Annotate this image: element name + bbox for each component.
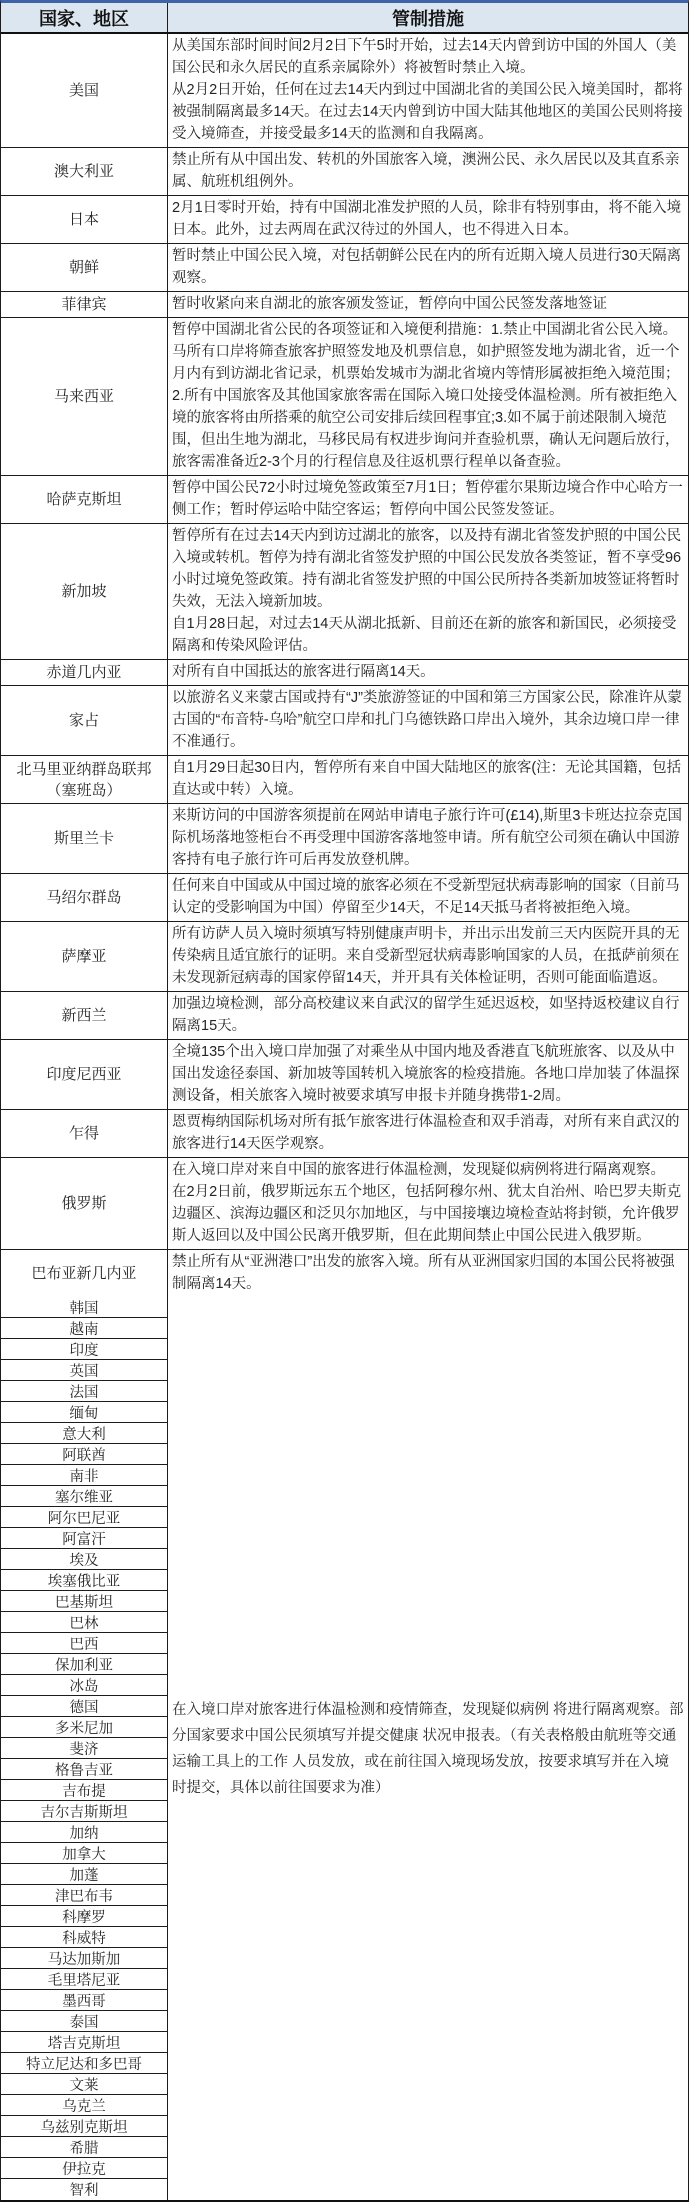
merged-country-cell: 越南 <box>1 1318 167 1339</box>
merged-country-cell: 塞尔维亚 <box>1 1486 167 1507</box>
merged-countries-list: 韩国越南印度英国法国缅甸意大利阿联酋南非塞尔维亚阿尔巴尼亚阿富汗埃及埃塞俄比亚巴… <box>1 1297 168 2200</box>
measure-cell: 以旅游名义来蒙古国或持有“J”类旅游签证的中国和第三方国家公民，除准许从蒙古国的… <box>168 686 688 755</box>
measure-cell: 所有访萨人员入境时须填写特别健康声明卡，并出示出发前三天内医院开具的无传染病且适… <box>168 922 688 991</box>
merged-country-cell: 泰国 <box>1 2011 167 2032</box>
merged-country-cell: 津巴布韦 <box>1 1885 167 1906</box>
merged-measure-cell: 在入境口岸对旅客进行体温检测和疫情筛查，发现疑似病例 将进行隔离观察。部分国家要… <box>168 1297 688 2200</box>
country-cell: 乍得 <box>1 1110 168 1157</box>
country-cell: 萨摩亚 <box>1 922 168 991</box>
measure-cell: 对所有自中国抵达的旅客进行隔离14天。 <box>168 660 688 685</box>
table-row: 新西兰加强边境检测，部分高校建议来自武汉的留学生延迟返校，如坚持返校建议自行隔离… <box>1 992 688 1040</box>
merged-country-cell: 巴基斯坦 <box>1 1591 167 1612</box>
measure-cell: 全境135个出入境口岸加强了对乘坐从中国内地及香港直飞航班旅客、以及从中国出发途… <box>168 1040 688 1109</box>
table-row: 北马里亚纳群岛联邦（塞班岛）自1月29日起30日内，暂停所有来自中国大陆地区的旅… <box>1 756 688 804</box>
table-row: 赤道几内亚对所有自中国抵达的旅客进行隔离14天。 <box>1 660 688 686</box>
merged-country-cell: 毛里塔尼亚 <box>1 1969 167 1990</box>
table-row: 马来西亚暂停中国湖北省公民的各项签证和入境便利措施：1.禁止中国湖北省公民入境。… <box>1 318 688 476</box>
merged-country-cell: 英国 <box>1 1360 167 1381</box>
measure-cell: 暂停中国公民72小时过境免签政策至7月1日；暂停霍尔果斯边境合作中心哈方一侧工作… <box>168 476 688 523</box>
merged-country-cell: 阿富汗 <box>1 1528 167 1549</box>
measure-cell: 暂时禁止中国公民入境，对包括朝鲜公民在内的所有近期入境人员进行30天隔离观察。 <box>168 244 688 291</box>
merged-country-cell: 冰岛 <box>1 1675 167 1696</box>
merged-country-cell: 缅甸 <box>1 1402 167 1423</box>
country-cell: 菲律宾 <box>1 292 168 317</box>
country-cell: 美国 <box>1 34 168 147</box>
country-cell: 北马里亚纳群岛联邦（塞班岛） <box>1 756 168 803</box>
table-row: 日本2月1日零时开始，持有中国湖北准发护照的人员，除非有特别事由，将不能入境日本… <box>1 196 688 244</box>
table-row: 斯里兰卡来斯访问的中国游客须提前在网站申请电子旅行许可(£14),斯里3卡班达拉… <box>1 804 688 874</box>
merged-country-cell: 阿尔巴尼亚 <box>1 1507 167 1528</box>
merged-country-cell: 法国 <box>1 1381 167 1402</box>
country-cell: 斯里兰卡 <box>1 804 168 873</box>
measure-cell: 2月1日零时开始，持有中国湖北准发护照的人员，除非有特别事由，将不能入境日本。此… <box>168 196 688 243</box>
table-header-row: 国家、地区 管制措施 <box>1 3 688 34</box>
merged-country-cell: 吉尔吉斯斯坦 <box>1 1801 167 1822</box>
header-country-region: 国家、地区 <box>1 3 168 32</box>
merged-country-cell: 意大利 <box>1 1423 167 1444</box>
header-control-measures: 管制措施 <box>168 3 688 32</box>
table-row: 美国从美国东部时间时间2月2日下午5时开始，过去14天内曾到访中国的外国人（美国… <box>1 34 688 148</box>
country-cell: 日本 <box>1 196 168 243</box>
merged-countries-section: 韩国越南印度英国法国缅甸意大利阿联酋南非塞尔维亚阿尔巴尼亚阿富汗埃及埃塞俄比亚巴… <box>1 1297 688 2200</box>
table-row: 朝鲜暂时禁止中国公民入境，对包括朝鲜公民在内的所有近期入境人员进行30天隔离观察… <box>1 244 688 292</box>
table-row: 印度尼西亚全境135个出入境口岸加强了对乘坐从中国内地及香港直飞航班旅客、以及从… <box>1 1040 688 1110</box>
merged-country-cell: 格鲁吉亚 <box>1 1759 167 1780</box>
merged-country-cell: 伊拉克 <box>1 2158 167 2179</box>
table-row: 新加坡暂停所有在过去14天内到访过湖北的旅客，以及持有湖北省签发护照的中国公民入… <box>1 524 688 660</box>
country-cell: 新西兰 <box>1 992 168 1039</box>
table-row: 马绍尔群岛任何来自中国或从中国过境的旅客必须在不受新型冠状病毒影响的国家（目前马… <box>1 874 688 922</box>
merged-country-cell: 多米尼加 <box>1 1717 167 1738</box>
merged-country-cell: 保加利亚 <box>1 1654 167 1675</box>
table-row: 巴布亚新几内亚禁止所有从“亚洲港口”出发的旅客入境。所有从亚洲国家归国的本国公民… <box>1 1250 688 1297</box>
measure-cell: 恩贾梅纳国际机场对所有抵乍旅客进行体温检查和双手消毒，对所有来自武汉的旅客进行1… <box>168 1110 688 1157</box>
measure-cell: 在入境口岸对来自中国的旅客进行体温检测，发现疑似病例将进行隔离观察。 在2月2日… <box>168 1158 688 1249</box>
merged-country-cell: 科威特 <box>1 1927 167 1948</box>
measure-cell: 加强边境检测，部分高校建议来自武汉的留学生延迟返校，如坚持返校建议自行隔离15天… <box>168 992 688 1039</box>
table-row: 俄罗斯在入境口岸对来自中国的旅客进行体温检测，发现疑似病例将进行隔离观察。 在2… <box>1 1158 688 1250</box>
country-cell: 俄罗斯 <box>1 1158 168 1249</box>
table-row: 菲律宾暂时收紧向来自湖北的旅客颁发签证，暂停向中国公民签发落地签证 <box>1 292 688 318</box>
country-cell: 朝鲜 <box>1 244 168 291</box>
merged-country-cell: 南非 <box>1 1465 167 1486</box>
merged-country-cell: 吉布提 <box>1 1780 167 1801</box>
table-row: 萨摩亚所有访萨人员入境时须填写特别健康声明卡，并出示出发前三天内医院开具的无传染… <box>1 922 688 992</box>
merged-country-cell: 斐济 <box>1 1738 167 1759</box>
table-body: 美国从美国东部时间时间2月2日下午5时开始，过去14天内曾到访中国的外国人（美国… <box>1 34 688 1297</box>
merged-country-cell: 加拿大 <box>1 1843 167 1864</box>
measure-cell: 来斯访问的中国游客须提前在网站申请电子旅行许可(£14),斯里3卡班达拉奈克国际… <box>168 804 688 873</box>
country-cell: 马绍尔群岛 <box>1 874 168 921</box>
travel-restrictions-table: 国家、地区 管制措施 美国从美国东部时间时间2月2日下午5时开始，过去14天内曾… <box>0 0 689 2202</box>
merged-country-cell: 德国 <box>1 1696 167 1717</box>
merged-country-cell: 乌兹别克斯坦 <box>1 2116 167 2137</box>
merged-country-cell: 巴林 <box>1 1612 167 1633</box>
measure-cell: 自1月29日起30日内，暂停所有来自中国大陆地区的旅客(注：无论其国籍，包括直达… <box>168 756 688 803</box>
measure-cell: 禁止所有从中国出发、转机的外国旅客入境，澳洲公民、永久居民以及其直系亲属、航班机… <box>168 148 688 195</box>
merged-country-cell: 埃塞俄比亚 <box>1 1570 167 1591</box>
merged-country-cell: 塔吉克斯坦 <box>1 2032 167 2053</box>
country-cell: 马来西亚 <box>1 318 168 475</box>
measure-cell: 任何来自中国或从中国过境的旅客必须在不受新型冠状病毒影响的国家（目前马认定的受影… <box>168 874 688 921</box>
country-cell: 巴布亚新几内亚 <box>1 1250 168 1297</box>
country-cell: 赤道几内亚 <box>1 660 168 685</box>
merged-country-cell: 印度 <box>1 1339 167 1360</box>
measure-cell: 暂时收紧向来自湖北的旅客颁发签证，暂停向中国公民签发落地签证 <box>168 292 688 317</box>
table-row: 哈萨克斯坦暂停中国公民72小时过境免签政策至7月1日；暂停霍尔果斯边境合作中心哈… <box>1 476 688 524</box>
table-row: 家占以旅游名义来蒙古国或持有“J”类旅游签证的中国和第三方国家公民，除准许从蒙古… <box>1 686 688 756</box>
merged-country-cell: 文莱 <box>1 2074 167 2095</box>
merged-country-cell: 韩国 <box>1 1297 167 1318</box>
country-cell: 哈萨克斯坦 <box>1 476 168 523</box>
merged-country-cell: 加蓬 <box>1 1864 167 1885</box>
country-cell: 新加坡 <box>1 524 168 659</box>
merged-country-cell: 埃及 <box>1 1549 167 1570</box>
merged-country-cell: 阿联酋 <box>1 1444 167 1465</box>
merged-country-cell: 智利 <box>1 2179 167 2200</box>
table-row: 澳大利亚禁止所有从中国出发、转机的外国旅客入境，澳洲公民、永久居民以及其直系亲属… <box>1 148 688 196</box>
merged-country-cell: 马达加斯加 <box>1 1948 167 1969</box>
country-cell: 家占 <box>1 686 168 755</box>
merged-country-cell: 希腊 <box>1 2137 167 2158</box>
merged-country-cell: 乌克兰 <box>1 2095 167 2116</box>
measure-cell: 禁止所有从“亚洲港口”出发的旅客入境。所有从亚洲国家归国的本国公民将被强制隔离1… <box>168 1250 688 1297</box>
merged-country-cell: 特立尼达和多巴哥 <box>1 2053 167 2074</box>
country-cell: 澳大利亚 <box>1 148 168 195</box>
merged-country-cell: 巴西 <box>1 1633 167 1654</box>
merged-country-cell: 加纳 <box>1 1822 167 1843</box>
merged-measure-text: 在入境口岸对旅客进行体温检测和疫情筛查，发现疑似病例 将进行隔离观察。部分国家要… <box>172 1697 684 1801</box>
measure-cell: 暂停所有在过去14天内到访过湖北的旅客，以及持有湖北省签发护照的中国公民入境或转… <box>168 524 688 659</box>
table-row: 乍得恩贾梅纳国际机场对所有抵乍旅客进行体温检查和双手消毒，对所有来自武汉的旅客进… <box>1 1110 688 1158</box>
merged-country-cell: 墨西哥 <box>1 1990 167 2011</box>
country-cell: 印度尼西亚 <box>1 1040 168 1109</box>
measure-cell: 暂停中国湖北省公民的各项签证和入境便利措施：1.禁止中国湖北省公民入境。马所有口… <box>168 318 688 475</box>
measure-cell: 从美国东部时间时间2月2日下午5时开始，过去14天内曾到访中国的外国人（美国公民… <box>168 34 688 147</box>
merged-country-cell: 科摩罗 <box>1 1906 167 1927</box>
